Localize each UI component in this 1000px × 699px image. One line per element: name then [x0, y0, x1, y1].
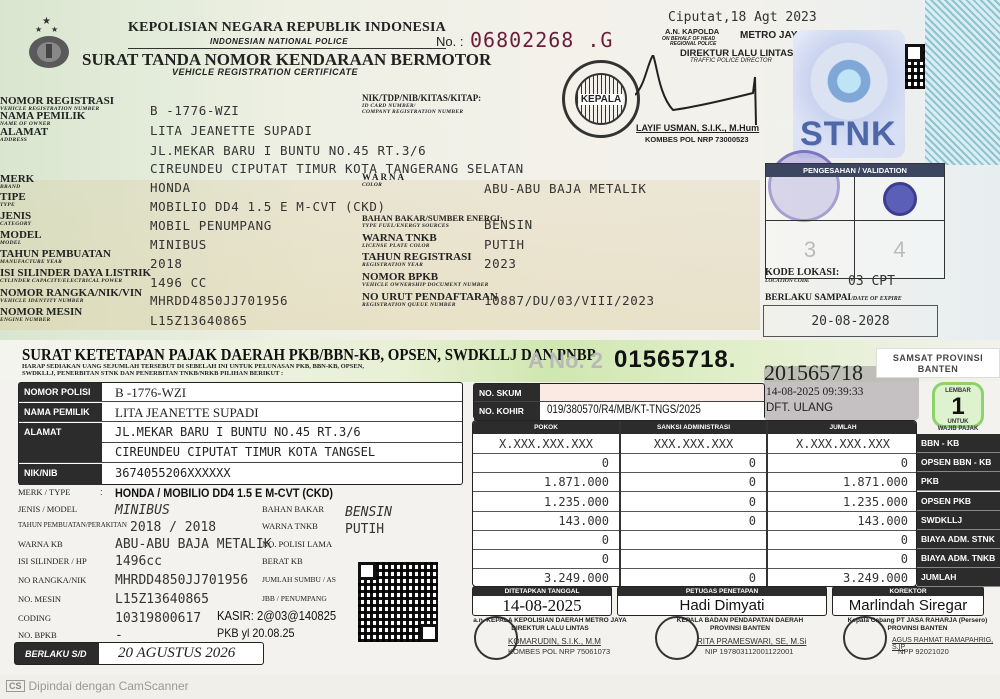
detail-label-coding: CODING: [18, 613, 51, 623]
signature-block-jasaraharja: Kepala Cabang PT JASA RAHARJA (Persero)P…: [835, 617, 1000, 633]
detail-label-merk: MERK / TYPE: [18, 487, 70, 497]
field-label-brand: MERKBRAND: [0, 174, 34, 190]
hologram-stnk-label: STNK: [800, 115, 897, 154]
tax-cell-sanksi: 0: [621, 454, 766, 473]
detail-value-vin: MHRDD4850JJ701956: [115, 573, 248, 588]
field-value-queue-no: 10887/DU/03/VIII/2023: [484, 293, 655, 308]
stamp-number: 201565718: [764, 360, 863, 386]
detail-value-color: ABU-ABU BAJA METALIK: [115, 537, 272, 552]
detail-label-year: TAHUN PEMBUATAN/PERAKITAN: [18, 521, 127, 529]
tax-cell-pokok: X.XXX.XXX.XXX: [473, 435, 619, 454]
scanner-watermark: CS Dipindai dengan CamScanner: [6, 679, 189, 693]
field-value-color: ABU-ABU BAJA METALIK: [484, 181, 647, 196]
police-emblem-icon: ★ ★ ★: [18, 14, 80, 70]
tax-cell-pokok: 1.235.000: [473, 493, 619, 512]
signer-police-name: KOMARUDIN, S.I.K., M.M: [508, 637, 601, 646]
tax-cell-jumlah: 1.235.000: [768, 493, 917, 512]
tax-row-label: BIAYA ADM. STNK: [917, 530, 1000, 549]
signer-nrp: KOMBES POL NRP 73000523: [645, 135, 749, 144]
qr-code-skpd-icon: [358, 562, 438, 642]
header-institution: KEPOLISIAN NEGARA REPUBLIK INDONESIA: [128, 20, 446, 36]
field-value-fuel: BENSIN: [484, 217, 533, 232]
issue-place-date: Ciputat,18 Agt 2023: [668, 10, 817, 25]
field-label-category: JENISCATEGORY: [0, 211, 31, 227]
detail-label-weight: BERAT KB: [262, 556, 303, 566]
tax-row-label: JUMLAH: [917, 568, 1000, 587]
registration-type: DFT. ULANG: [766, 402, 833, 414]
detail-value-engine: L15Z13640865: [115, 592, 209, 607]
tax-row-label: SWDKLLJ: [917, 511, 1000, 530]
camscanner-logo-icon: CS: [6, 680, 25, 692]
field-value-engine: L15Z13640865: [150, 313, 248, 328]
watermark-text: Dipindai dengan CamScanner: [29, 679, 189, 693]
tax-col-header: POKOK: [473, 421, 619, 434]
field-value-cylinder: 1496 CC: [150, 275, 207, 290]
identity-row-plate: NOMOR POLISIB -1776-WZI: [19, 383, 462, 402]
svg-text:★: ★: [42, 16, 51, 27]
skum-box: NO. SKUM NO. KOHIR019/380570/R4/MB/KT-TN…: [473, 383, 765, 419]
field-value-plate-color: PUTIH: [484, 237, 525, 252]
field-label-cylinder: ISI SILINDER DAYA LISTRIKCYLINDER CAPACI…: [0, 268, 151, 284]
tax-cell-sanksi: 0: [621, 473, 766, 492]
tax-cell-pokok: 0: [473, 454, 619, 473]
field-value-vin: MHRDD4850JJ701956: [150, 293, 288, 308]
doc-number-label: No. :: [436, 34, 463, 49]
field-value-owner: LITA JEANETTE SUPADI: [150, 123, 313, 138]
detail-value-bpkb: -: [115, 628, 123, 643]
tax-cell-sanksi: 0: [621, 493, 766, 512]
detail-value-coding: 10319800617: [115, 611, 201, 626]
detail-label-jenis: JENIS / MODEL: [18, 504, 77, 514]
validation-box: PENGESAHAN / VALIDATION 3 4: [765, 163, 945, 279]
colon: :: [100, 487, 103, 497]
tax-cell-sanksi: [621, 531, 766, 550]
signer-name: LAYIF USMAN, S.I.K., M.Hum: [636, 123, 759, 133]
tax-row-label: BIAYA ADM. TNKB: [917, 549, 1000, 568]
field-label-vin: NOMOR RANGKA/NIK/VINVEHICLE IDENTITY NUM…: [0, 288, 142, 304]
field-value-reg-no: B -1776-WZI: [150, 103, 239, 118]
signature-block-police: a.n. KEPALA KEPOLISIAN DAERAH METRO JAYA…: [465, 617, 635, 633]
detail-label-plate-color: WARNA TNKB: [262, 521, 318, 531]
tax-cell-pokok: 3.249.000: [473, 569, 619, 587]
document-title-en: VEHICLE REGISTRATION CERTIFICATE: [172, 67, 358, 77]
tax-row-label: OPSEN PKB: [917, 492, 1000, 511]
tax-row-label: PKB: [917, 472, 1000, 491]
skpd-subtitle: HARAP SEDIAKAN UANG SEJUMLAH TERSEBUT DI…: [22, 363, 364, 377]
cashier-code: KASIR: 2@03@140825: [217, 609, 336, 623]
field-value-reg-year: 2023: [484, 256, 517, 271]
stnk-certificate: ★ ★ ★ KEPOLISIAN NEGARA REPUBLIK INDONES…: [0, 0, 1000, 340]
signer-jasaraharja-nrp: NPP 92021020: [898, 647, 949, 656]
tax-cell-jumlah: X.XXX.XXX.XXX: [768, 435, 917, 454]
header-divider: [128, 48, 446, 49]
field-value-type: MOBILIO DD4 1.5 E M-CVT (CKD): [150, 199, 386, 214]
field-value-address-1: JL.MEKAR BARU I BUNTU NO.45 RT.3/6: [150, 143, 426, 158]
expiry-date: 20-08-2028: [763, 305, 938, 337]
field-label-manufacture-year: TAHUN PEMBUATANMANUFACTURE YEAR: [0, 249, 111, 265]
tax-cell-pokok: 1.871.000: [473, 473, 619, 492]
signer-bapenda-nrp: NIP 197803112001122001: [705, 647, 793, 656]
field-label-color: WARNACOLOR: [362, 172, 406, 188]
tax-cell-jumlah: 143.000: [768, 512, 917, 531]
form-number: 01565718.: [614, 346, 736, 374]
expiry-label: BERLAKU SAMPAI/DATE OF EXPIRE: [765, 293, 902, 303]
detail-label-passengers: JBB / PENUMPANG: [262, 594, 327, 603]
header-institution-en: INDONESIAN NATIONAL POLICE: [210, 37, 348, 46]
copy-badge: LEMBAR 1 UNTUK WAJIB PAJAK: [932, 382, 984, 428]
svg-text:★: ★: [51, 25, 58, 34]
valid-until-label: BERLAKU S/D: [15, 643, 99, 664]
pkb-note: PKB yl 20.08.25: [217, 626, 294, 640]
samsat-label: SAMSAT PROVINSIBANTEN: [876, 348, 1000, 378]
doc-number: 06802268 .G: [470, 28, 613, 52]
tax-row-label: OPSEN BBN - KB: [917, 453, 1000, 472]
field-value-model: MINIBUS: [150, 237, 207, 252]
tax-cell-sanksi: XXX.XXX.XXX: [621, 435, 766, 454]
valid-until-box: BERLAKU S/D 20 AGUSTUS 2026: [14, 642, 264, 665]
id-card-label: NIK/TDP/NIB/KITAS/KITAP:ID CARD NUMBER/C…: [362, 93, 481, 115]
field-value-manufacture-year: 2018: [150, 256, 183, 271]
validation-cell-4: 4: [855, 221, 944, 278]
footer-date-box: DITETAPKAN TANGGAL14-08-2025: [472, 586, 612, 616]
validation-cell-1: [766, 177, 855, 221]
tax-cell-pokok: 0: [473, 531, 619, 550]
field-value-address-2: CIREUNDEU CIPUTAT TIMUR KOTA TANGERANG S…: [150, 161, 524, 176]
detail-label-vin: NO RANGKA/NIK: [18, 575, 86, 585]
tax-cell-jumlah: 0: [768, 531, 917, 550]
detail-label-old-plate: NO. POLISI LAMA: [262, 539, 332, 549]
tax-cell-pokok: 0: [473, 550, 619, 569]
field-label-address: ALAMATADDRESS: [0, 127, 48, 143]
detail-value-cylinder: 1496cc: [115, 554, 162, 569]
detail-label-axles: JUMLAH SUMBU / AS: [262, 575, 336, 584]
footer-corrector-box: KOREKTORMarlindah Siregar: [832, 586, 984, 616]
tax-cell-jumlah: 3.249.000: [768, 569, 917, 587]
signer-bapenda-name: RITA PRAMESWARI, SE, M.Si: [697, 637, 806, 646]
identity-row-nik: NIK/NIB3674055206XXXXXX: [19, 464, 462, 485]
tax-cell-sanksi: 0: [621, 512, 766, 531]
tax-cell-jumlah: 1.871.000: [768, 473, 917, 492]
identity-row-address: ALAMAT JL.MEKAR BARU I BUNTU NO.45 RT.3/…: [19, 423, 462, 463]
footer-officer-box: PETUGAS PENETAPANHadi Dimyati: [617, 586, 827, 616]
an-kapolda: A.N. KAPOLDA: [665, 28, 719, 35]
detail-label-bpkb: NO. BPKB: [18, 630, 57, 640]
tax-row-label: BBN - KB: [917, 434, 1000, 453]
tax-cell-jumlah: 0: [768, 550, 917, 569]
validation-cell-2: [855, 177, 944, 221]
field-label-plate-color: WARNA TNKBLICENSE PLATE COLOR: [362, 233, 437, 249]
field-value-brand: HONDA: [150, 180, 191, 195]
location-code-label: KODE LOKASI:LOCATION CODE: [765, 268, 839, 286]
field-label-engine: NOMOR MESINENGINE NUMBER: [0, 307, 82, 323]
detail-label-color: WARNA KB: [18, 539, 63, 549]
tax-col-header: JUMLAH: [768, 421, 917, 434]
tax-cell-sanksi: 0: [621, 569, 766, 587]
signer-police-nrp: KOMBES POL NRP 75061073: [508, 647, 610, 656]
field-label-bpkb: NOMOR BPKBVEHICLE OWNERSHIP DOCUMENT NUM…: [362, 272, 489, 288]
signature-icon: [635, 55, 775, 130]
detail-value-fuel: BENSIN: [345, 505, 392, 520]
tax-cell-sanksi: [621, 550, 766, 569]
tax-table: POKOKSANKSI ADMINISTRASIJUMLAHX.XXX.XXX.…: [472, 420, 917, 587]
signature-block-bapenda: KEPALA BADAN PENDAPATAN DAERAHPROVINSI B…: [650, 617, 830, 633]
valid-until-value: 20 AGUSTUS 2026: [118, 645, 235, 662]
svg-text:★: ★: [35, 25, 42, 34]
kohir-row: NO. KOHIR019/380570/R4/MB/KT-TNGS/2025: [474, 402, 764, 420]
field-label-model: MODELMODEL: [0, 230, 42, 246]
official-seal-icon: KEPALA: [562, 60, 640, 138]
detail-label-fuel: BAHAN BAKAR: [262, 504, 324, 514]
tax-cell-pokok: 143.000: [473, 512, 619, 531]
an-kapolda-sub2: REGIONAL POLICE: [670, 41, 716, 48]
detail-value-plate-color: PUTIH: [345, 522, 384, 537]
tax-assessment: SURAT KETETAPAN PAJAK DAERAH PKB/BBN-KB,…: [0, 340, 1000, 675]
skpd-title: SURAT KETETAPAN PAJAK DAERAH PKB/BBN-KB,…: [22, 345, 596, 365]
location-code: 03 CPT: [848, 274, 895, 289]
field-label-type: TIPETYPE: [0, 192, 26, 208]
field-label-owner: NAMA PEMILIKNAME OF OWNER: [0, 111, 85, 127]
tax-col-header: SANKSI ADMINISTRASI: [621, 421, 766, 434]
detail-label-cylinder: ISI SILINDER / HP: [18, 556, 87, 566]
form-number-prefix: A No. 2: [528, 348, 603, 374]
tax-cell-jumlah: 0: [768, 454, 917, 473]
field-label-queue-no: NO URUT PENDAFTARANREGISTRATION QUEUE NU…: [362, 292, 498, 308]
validation-stamp-2-icon: [883, 182, 917, 216]
detail-label-engine: NO. MESIN: [18, 594, 61, 604]
field-label-fuel: BAHAN BAKAR/SUMBER ENERGI:TYPE FUEL/ENER…: [362, 213, 503, 229]
timestamp: 14-08-2025 09:39:33: [766, 386, 863, 398]
field-value-category: MOBIL PENUMPANG: [150, 218, 272, 233]
security-pattern: [925, 0, 1000, 165]
detail-value-year: 2018 / 2018: [130, 520, 216, 535]
skum-row: NO. SKUM: [474, 384, 764, 402]
detail-value-merk: HONDA / MOBILIO DD4 1.5 E M-CVT (CKD): [115, 486, 333, 500]
identity-box: NOMOR POLISIB -1776-WZI NAMA PEMILIKLITA…: [18, 382, 463, 485]
field-label-reg-year: TAHUN REGISTRASIREGISTRATION YEAR: [362, 252, 472, 268]
detail-value-jenis: MINIBUS: [115, 503, 170, 518]
validation-header: PENGESAHAN / VALIDATION: [766, 164, 944, 177]
identity-row-owner: NAMA PEMILIKLITA JEANETTE SUPADI: [19, 403, 462, 422]
